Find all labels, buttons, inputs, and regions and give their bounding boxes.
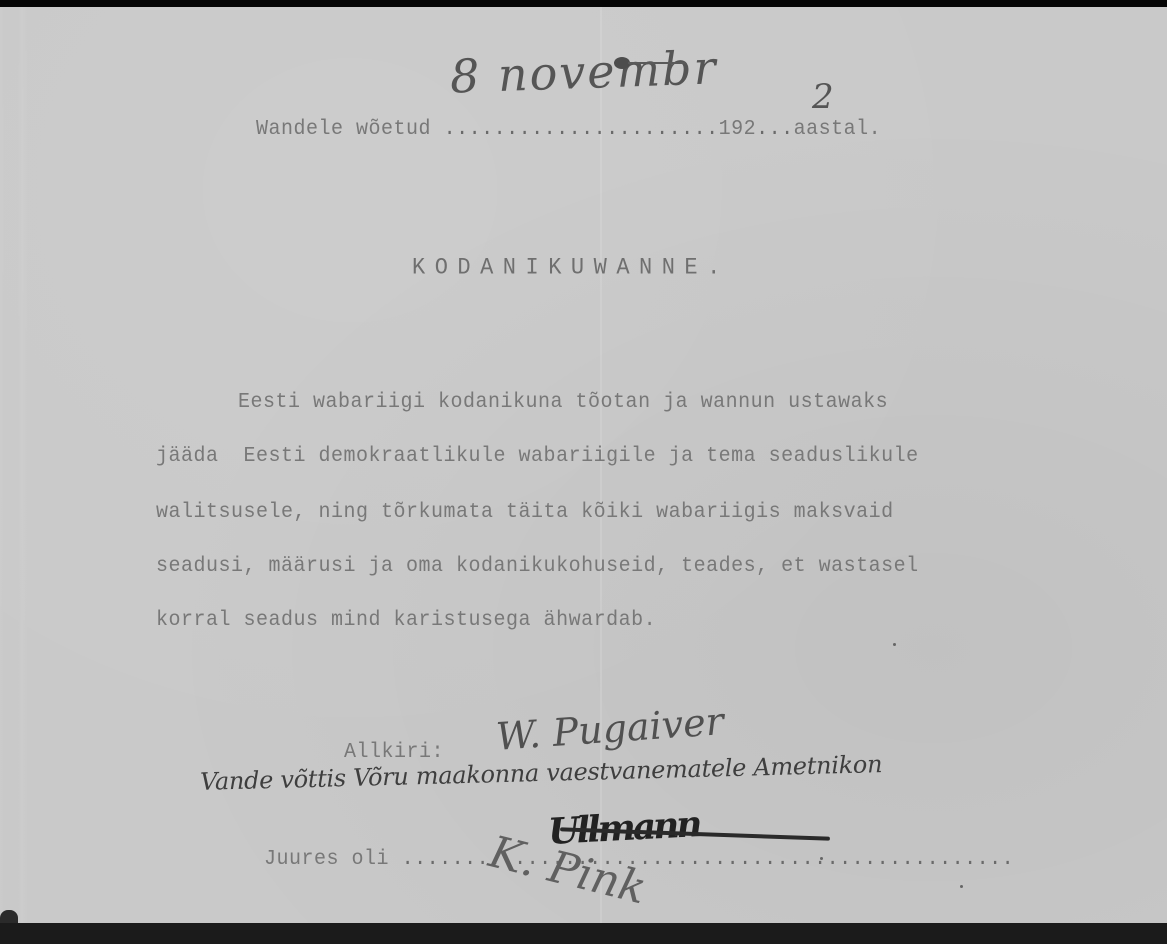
body-line-2: jääda Eesti demokraatlikule wabariigile … bbox=[156, 444, 919, 468]
handwritten-year-digit: 2 bbox=[812, 77, 834, 117]
document-page: Wandele wõetud ......................192… bbox=[0, 7, 1167, 923]
header-prefix: Wandele wõetud bbox=[256, 117, 431, 141]
witness-label: Juures oli bbox=[264, 847, 389, 871]
paper-speck bbox=[820, 857, 823, 860]
body-line-3: walitsusele, ning tõrkumata täita kõiki … bbox=[156, 500, 894, 524]
body-line-4: seadusi, määrusi ja oma kodanikukohuseid… bbox=[156, 554, 919, 578]
ink-stroke-mark bbox=[628, 62, 686, 64]
handwritten-note: Vande võttis Võru maakonna vaestvanemate… bbox=[200, 750, 883, 796]
header-dots: ...................... bbox=[444, 117, 719, 141]
body-line-1: Eesti wabariigi kodanikuna tõotan ja wan… bbox=[238, 390, 888, 414]
header-year-prefix: 192 bbox=[719, 117, 757, 141]
paper-speck bbox=[893, 643, 896, 646]
document-title: KODANIKUWANNE. bbox=[412, 254, 730, 280]
header-suffix: aastal. bbox=[794, 117, 882, 141]
handwritten-date: 8 novembr bbox=[449, 40, 718, 103]
scan-edge-artifact bbox=[0, 910, 18, 924]
handwritten-signature: W. Pugaiver bbox=[495, 699, 725, 759]
scan-bottom-border bbox=[0, 923, 1167, 944]
paper-speck bbox=[960, 885, 963, 888]
header-year-dots: ... bbox=[756, 117, 794, 141]
body-line-5: korral seadus mind karistusega ähwardab. bbox=[156, 608, 656, 632]
header-line: Wandele wõetud ......................192… bbox=[206, 93, 881, 165]
